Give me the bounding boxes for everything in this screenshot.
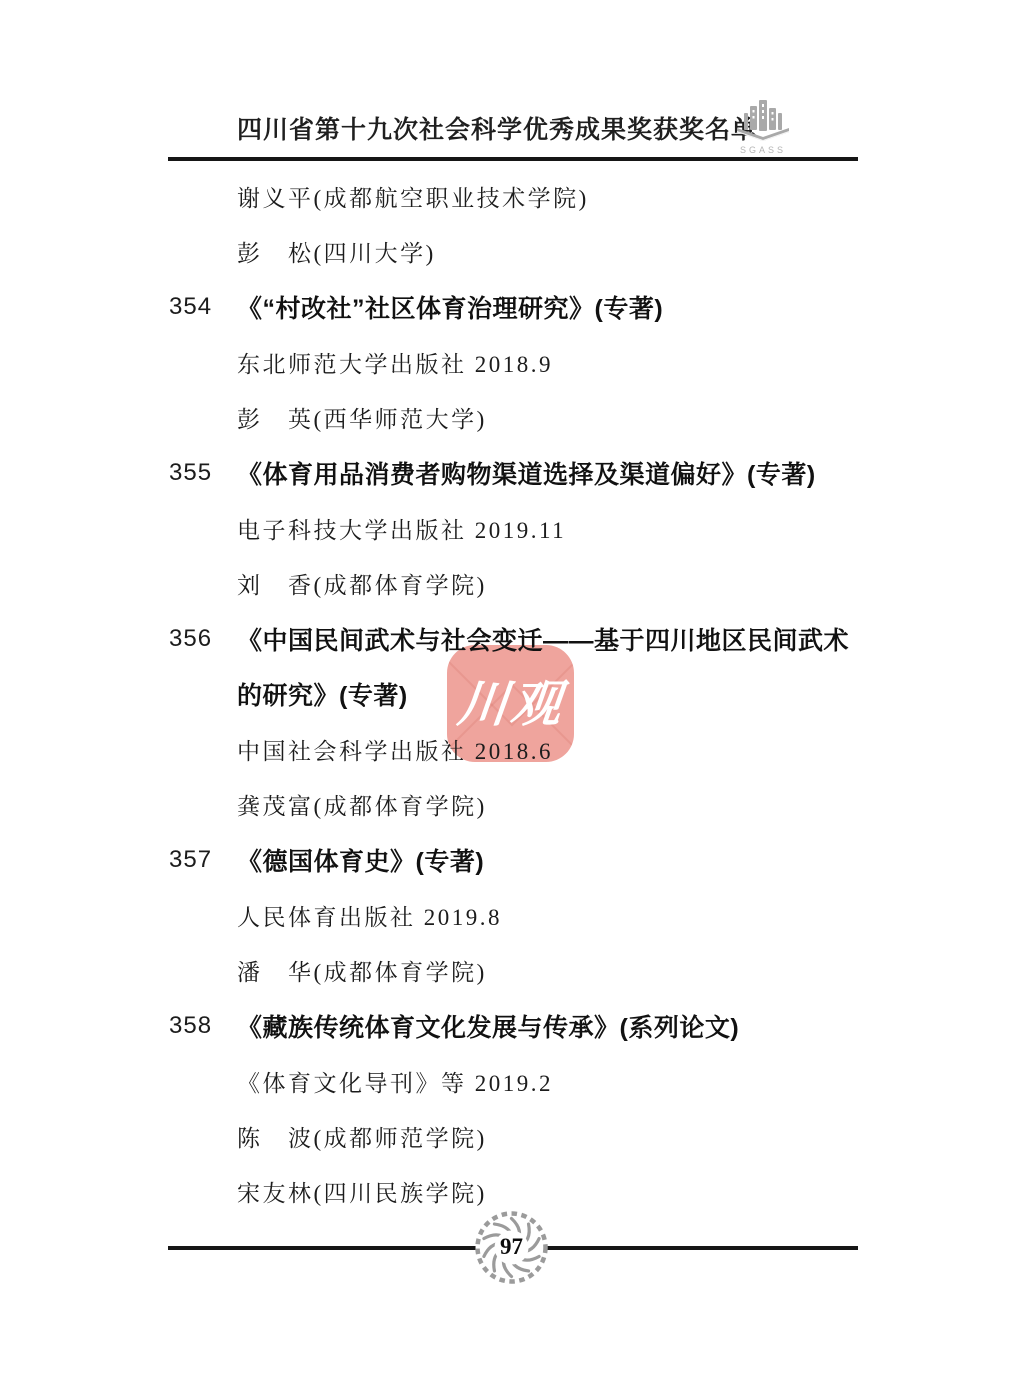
author-text: 潘 华(成都体育学院) <box>237 954 487 987</box>
entry-number: 358 <box>169 1012 212 1040</box>
author-text: 谢义平(成都航空职业技术学院) <box>237 180 589 213</box>
list-item-publisher: 《体育文化导刊》等 2019.2 <box>0 1054 1024 1109</box>
publisher-text: 人民体育出版社 2019.8 <box>237 899 502 932</box>
title-text: 《体育用品消费者购物渠道选择及渠道偏好》(专著) <box>237 455 816 491</box>
sgass-logo: SGASS <box>733 98 793 154</box>
list-item-author: 陈 波(成都师范学院) <box>0 1109 1024 1164</box>
author-text: 刘 香(成都体育学院) <box>237 567 487 600</box>
list-item-title-continued: 的研究》(专著) <box>0 667 1024 722</box>
list-item-publisher: 东北师范大学出版社 2018.9 <box>0 335 1024 390</box>
entry-number: 355 <box>169 459 212 487</box>
title-text: 《德国体育史》(专著) <box>237 842 484 878</box>
publisher-text: 中国社会科学出版社 2018.6 <box>237 733 553 766</box>
author-text: 陈 波(成都师范学院) <box>237 1120 487 1153</box>
title-text: 《中国民间武术与社会变迁——基于四川地区民间武术 <box>237 621 849 657</box>
entry-number: 357 <box>169 846 212 874</box>
title-text: 《“村改社”社区体育治理研究》(专著) <box>237 289 663 325</box>
document-page: 四川省第十九次社会科学优秀成果奖获奖名单 <box>0 0 1024 1380</box>
list-item-author: 彭 松(四川大学) <box>0 224 1024 279</box>
list-item-title: 355《体育用品消费者购物渠道选择及渠道偏好》(专著) <box>0 445 1024 500</box>
list-item-publisher: 人民体育出版社 2019.8 <box>0 888 1024 943</box>
list-item-title: 354《“村改社”社区体育治理研究》(专著) <box>0 280 1024 335</box>
list-item-author: 谢义平(成都航空职业技术学院) <box>0 169 1024 224</box>
author-text: 龚茂富(成都体育学院) <box>237 788 487 821</box>
publisher-text: 东北师范大学出版社 2018.9 <box>237 346 553 379</box>
publisher-text: 《体育文化导刊》等 2019.2 <box>237 1065 553 1098</box>
author-text: 彭 英(西华师范大学) <box>237 401 487 434</box>
logo-caption: SGASS <box>733 145 793 155</box>
author-text: 宋友林(四川民族学院) <box>237 1175 487 1208</box>
list-item-author: 彭 英(西华师范大学) <box>0 390 1024 445</box>
list-item-title: 358《藏族传统体育文化发展与传承》(系列论文) <box>0 998 1024 1053</box>
list-item-title: 356《中国民间武术与社会变迁——基于四川地区民间武术 <box>0 611 1024 666</box>
title-text: 《藏族传统体育文化发展与传承》(系列论文) <box>237 1008 739 1044</box>
list-item-author: 潘 华(成都体育学院) <box>0 943 1024 998</box>
award-list: 谢义平(成都航空职业技术学院) 彭 松(四川大学) 354《“村改社”社区体育治… <box>0 169 1024 1220</box>
list-item-author: 龚茂富(成都体育学院) <box>0 777 1024 832</box>
author-text: 彭 松(四川大学) <box>237 235 436 268</box>
header-rule <box>168 157 858 161</box>
entry-number: 354 <box>169 293 212 321</box>
list-item-author: 刘 香(成都体育学院) <box>0 556 1024 611</box>
publisher-text: 电子科技大学出版社 2019.11 <box>237 512 566 545</box>
page-number: 97 <box>474 1210 549 1285</box>
list-item-publisher: 电子科技大学出版社 2019.11 <box>0 501 1024 556</box>
list-item-publisher: 中国社会科学出版社 2018.6 <box>0 722 1024 777</box>
entry-number: 356 <box>169 625 212 653</box>
list-item-title: 357《德国体育史》(专著) <box>0 833 1024 888</box>
page-title: 四川省第十九次社会科学优秀成果奖获奖名单 <box>237 110 757 146</box>
page-number-ornament: 97 <box>474 1210 549 1285</box>
building-book-icon <box>733 129 793 146</box>
title-text: 的研究》(专著) <box>237 676 408 712</box>
